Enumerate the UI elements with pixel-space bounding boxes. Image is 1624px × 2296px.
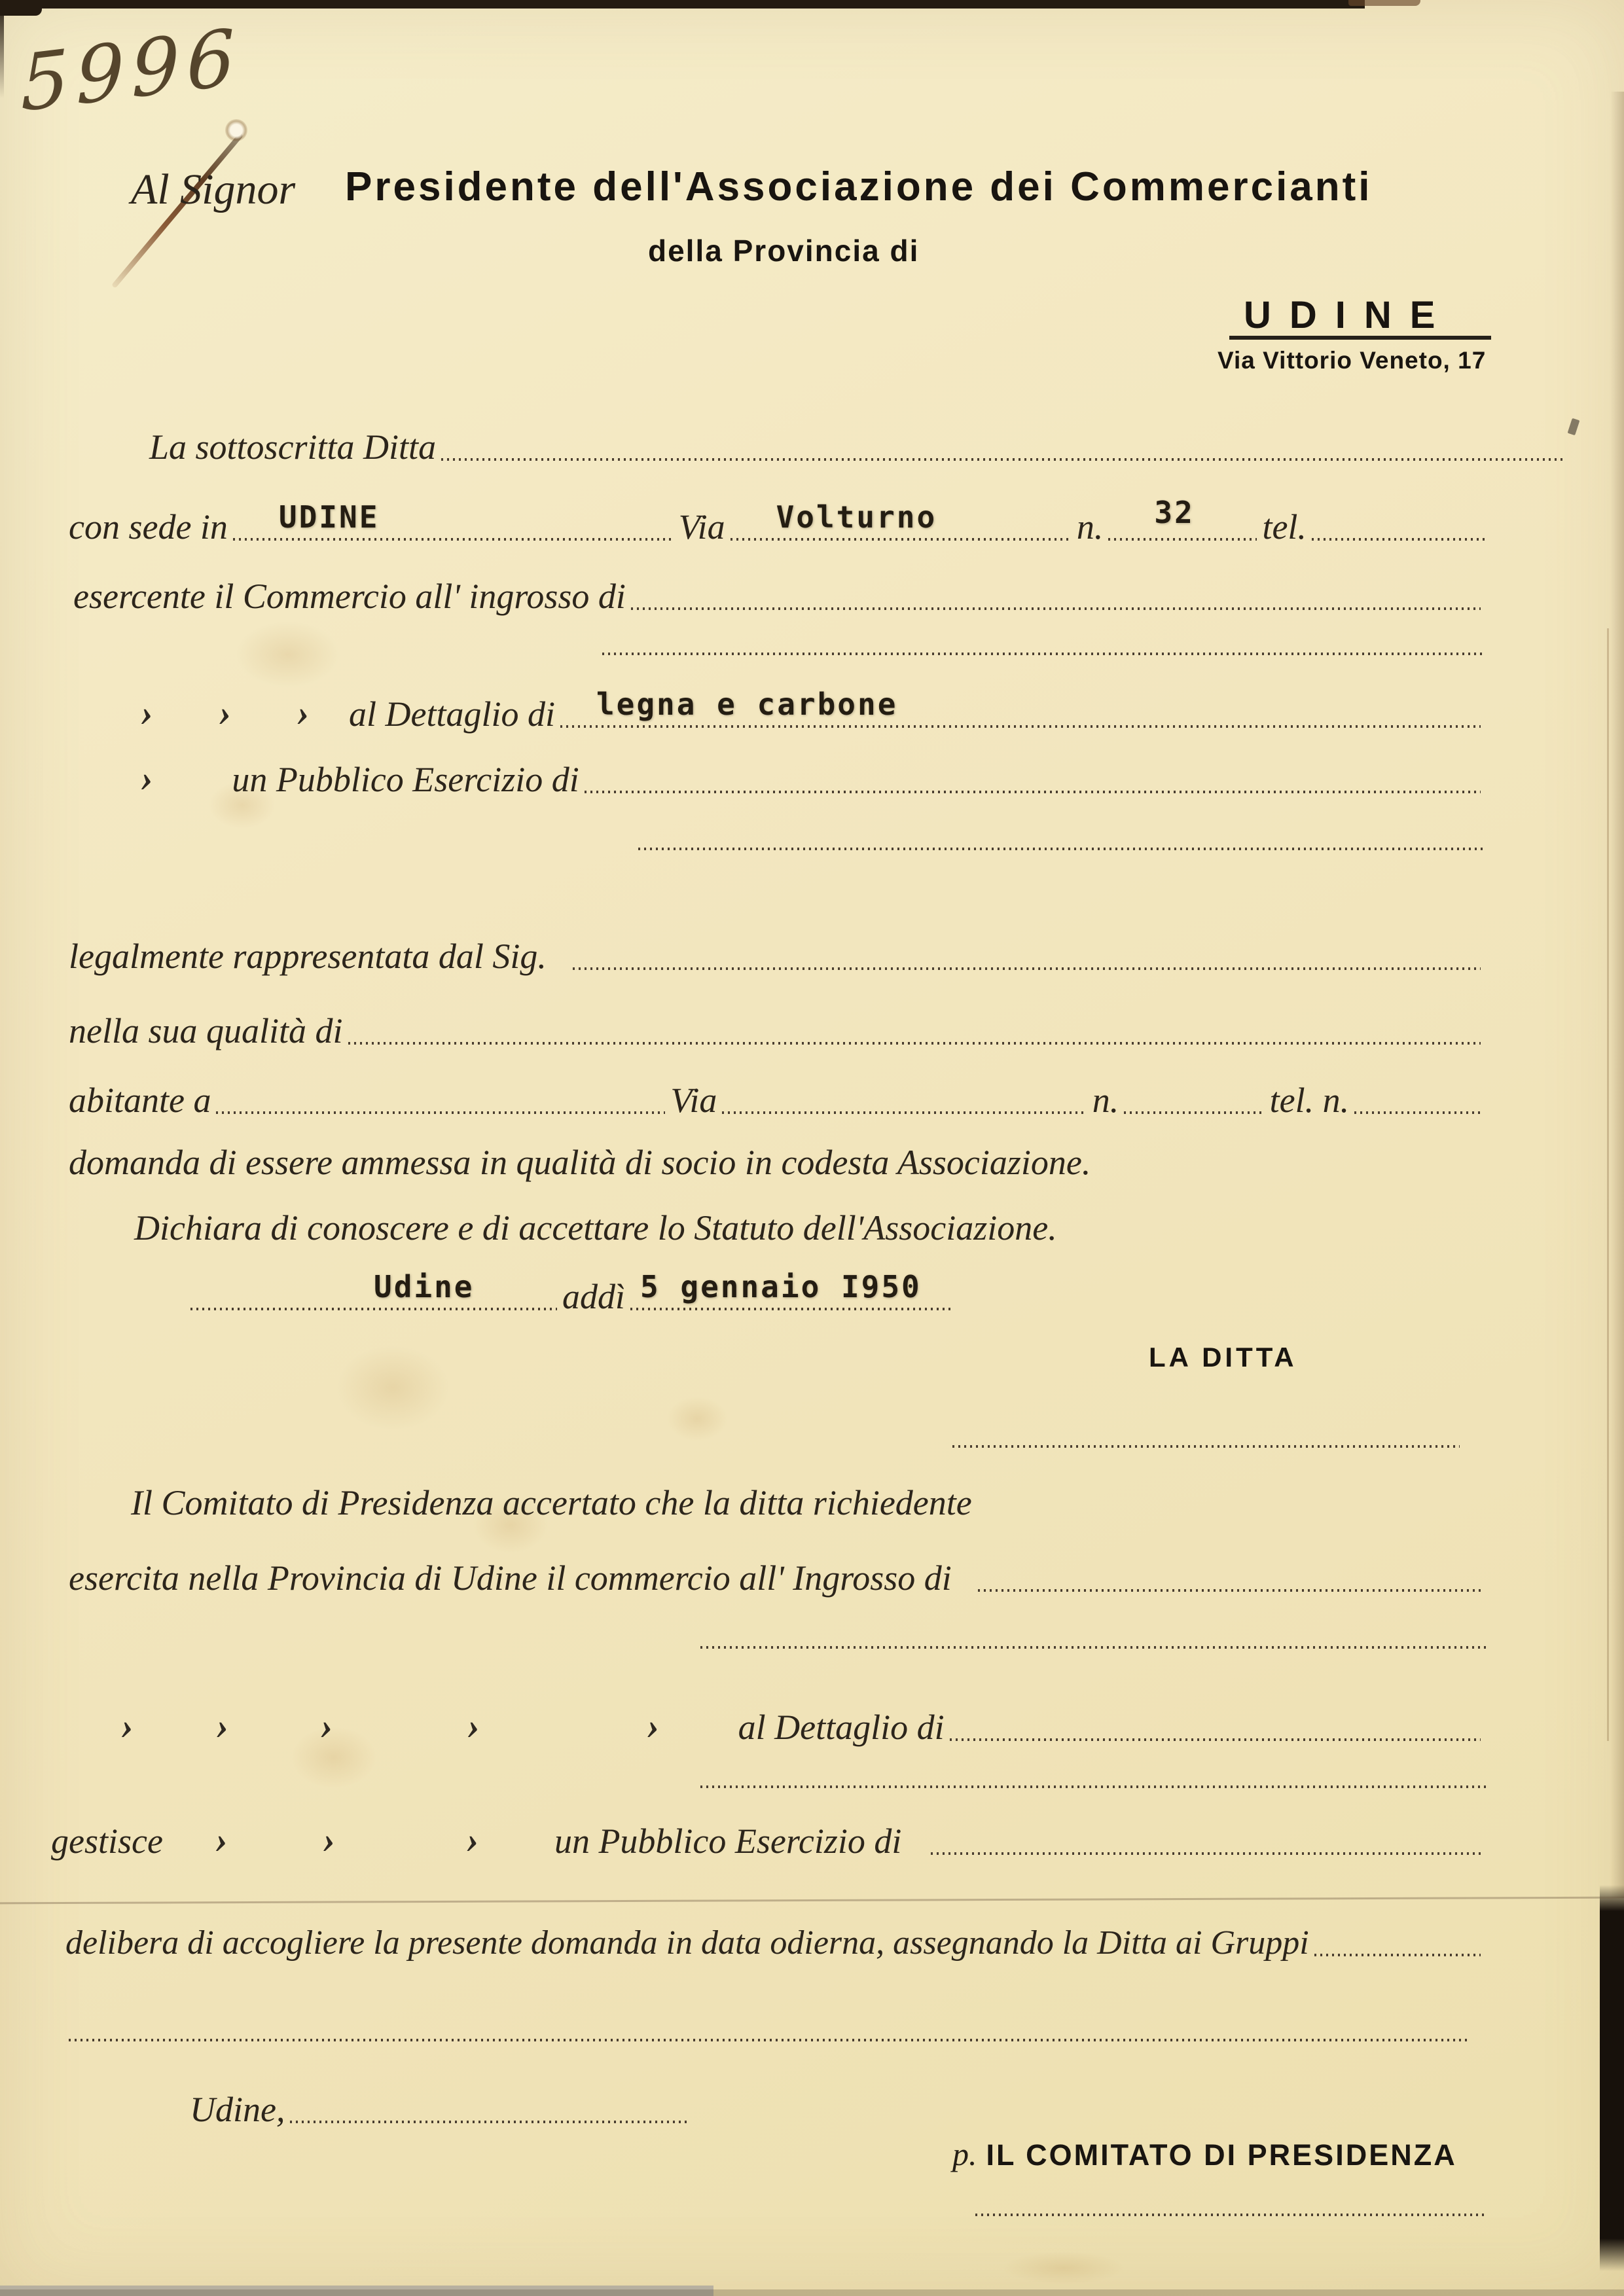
numero-label: n. bbox=[1077, 509, 1104, 545]
abitante-n-label: n. bbox=[1092, 1083, 1119, 1118]
date-city-typed-value: Udine bbox=[374, 1269, 474, 1304]
committee-city-label: Udine, bbox=[190, 2092, 285, 2127]
date-typed-value: 5 gennaio I950 bbox=[640, 1269, 922, 1304]
abitante-blank bbox=[216, 1111, 665, 1114]
tel-label: tel. bbox=[1262, 509, 1306, 545]
committee-dettaglio-line: › › › › › al Dettaglio di bbox=[121, 1699, 1486, 1745]
city-underline bbox=[1229, 336, 1491, 340]
province-subtitle: della Provincia di bbox=[648, 233, 919, 268]
rappresentata-blank bbox=[573, 967, 1481, 970]
scan-right-edge-bar bbox=[1600, 1885, 1624, 2271]
esercizio-blank bbox=[585, 791, 1481, 793]
scan-left-edge bbox=[0, 0, 4, 98]
gestisce-label: gestisce bbox=[51, 1823, 163, 1859]
abitante-via-blank bbox=[722, 1111, 1087, 1114]
sede-blank: UDINE bbox=[233, 538, 674, 541]
tel-blank bbox=[1312, 538, 1488, 541]
ditta-signature-heading: LA DITTA bbox=[1149, 1342, 1297, 1373]
sede-label: con sede in bbox=[69, 509, 228, 545]
committee-ingrosso-line: esercita nella Provincia di Udine il com… bbox=[69, 1550, 1486, 1596]
committee-dettaglio-blank bbox=[950, 1738, 1481, 1741]
ingrosso-line: esercente il Commercio all' ingrosso di bbox=[73, 568, 1486, 614]
paper-stain bbox=[314, 1329, 471, 1446]
scanned-form-page: 5996 Al Signor Presidente dell'Associazi… bbox=[0, 0, 1624, 2296]
delibera-text: delibera di accogliere la presente doman… bbox=[65, 1926, 1309, 1960]
abitante-tel-label: tel. n. bbox=[1270, 1083, 1349, 1118]
ditto-mark: › bbox=[297, 694, 310, 732]
abitante-label: abitante a bbox=[69, 1083, 211, 1118]
ditto-mark: › bbox=[141, 759, 153, 797]
dettaglio-blank: legna e carbone bbox=[560, 725, 1481, 728]
committee-ingrosso-blank-continuation bbox=[700, 1646, 1486, 1649]
abitante-tel-blank bbox=[1354, 1111, 1481, 1114]
ditto-mark: › bbox=[647, 1707, 659, 1745]
sede-typed-value: UDINE bbox=[279, 499, 379, 535]
committee-esercizio-label: un Pubblico Esercizio di bbox=[554, 1823, 901, 1859]
date-line: Udine addì 5 gennaio I950 bbox=[185, 1268, 956, 1314]
ingrosso-label: esercente il Commercio all' ingrosso di bbox=[73, 579, 626, 614]
ditta-line: La sottoscritta Ditta bbox=[149, 419, 1571, 465]
sede-line: con sede in UDINE Via Volturno n. 32 tel… bbox=[69, 499, 1493, 545]
qualita-blank bbox=[348, 1042, 1481, 1045]
committee-dettaglio-label: al Dettaglio di bbox=[738, 1710, 945, 1745]
committee-esercizio-line: gestisce › › › un Pubblico Esercizio di bbox=[51, 1813, 1486, 1859]
paper-fold-line bbox=[0, 1897, 1624, 1905]
ingrosso-blank bbox=[631, 607, 1481, 610]
committee-ingrosso-blank bbox=[978, 1589, 1481, 1592]
committee-ingrosso-label: esercita nella Provincia di Udine il com… bbox=[69, 1560, 952, 1596]
scan-top-edge-tear bbox=[1348, 0, 1420, 6]
ditta-blank bbox=[441, 458, 1566, 461]
ditta-label: La sottoscritta Ditta bbox=[149, 429, 436, 465]
ditto-mark: › bbox=[321, 1707, 333, 1745]
salutation: Al Signor bbox=[131, 165, 295, 215]
city-name: UDINE bbox=[1244, 293, 1453, 337]
dettaglio-typed-value: legna e carbone bbox=[596, 687, 897, 722]
abitante-n-blank bbox=[1124, 1111, 1264, 1114]
numero-blank: 32 bbox=[1108, 538, 1257, 541]
rappresentata-label: legalmente rappresentata dal Sig. bbox=[69, 939, 547, 974]
association-title: Presidente dell'Associazione dei Commerc… bbox=[345, 164, 1373, 210]
ditto-mark: › bbox=[219, 694, 231, 732]
scan-corner-shadow bbox=[0, 0, 42, 16]
committee-date-line: Udine, bbox=[190, 2081, 694, 2127]
scan-right-shadow bbox=[1610, 92, 1624, 1898]
esercizio-blank-continuation bbox=[638, 848, 1486, 850]
committee-esercizio-blank bbox=[931, 1852, 1481, 1855]
ditto-mark: › bbox=[323, 1821, 335, 1859]
handwritten-registry-number: 5996 bbox=[20, 11, 242, 129]
esercizio-label: un Pubblico Esercizio di bbox=[232, 762, 579, 797]
committee-intro-text: Il Comitato di Presidenza accertato che … bbox=[131, 1482, 972, 1523]
gruppi-blank bbox=[1314, 1954, 1481, 1956]
committee-signature-blank bbox=[975, 2214, 1486, 2216]
dichiara-text: Dichiara di conoscere e di accettare lo … bbox=[134, 1208, 1057, 1248]
ditto-mark: › bbox=[216, 1707, 228, 1745]
esercizio-line: › un Pubblico Esercizio di bbox=[141, 751, 1486, 797]
abitante-line: abitante a Via n. tel. n. bbox=[69, 1072, 1486, 1118]
date-blank: 5 gennaio I950 bbox=[630, 1308, 950, 1310]
ditto-mark: › bbox=[215, 1821, 228, 1859]
paper-stain bbox=[979, 2245, 1149, 2291]
ditta-signature-blank bbox=[952, 1445, 1460, 1448]
dettaglio-label: al Dettaglio di bbox=[349, 696, 555, 732]
ingrosso-blank-continuation bbox=[602, 653, 1486, 655]
dettaglio-line: › › › al Dettaglio di legna e carbone bbox=[141, 686, 1486, 732]
ditto-mark: › bbox=[467, 1707, 480, 1745]
via-blank: Volturno bbox=[731, 538, 1072, 541]
via-label: Via bbox=[679, 509, 725, 545]
ditto-mark: › bbox=[467, 1821, 479, 1859]
committee-dettaglio-blank-continuation bbox=[700, 1785, 1486, 1788]
addi-label: addì bbox=[562, 1279, 625, 1314]
qualita-line: nella sua qualità di bbox=[69, 1003, 1486, 1049]
paper-crease-right bbox=[1607, 628, 1609, 1741]
scan-top-edge bbox=[0, 0, 1365, 9]
ditto-mark: › bbox=[121, 1707, 134, 1745]
numero-typed-value: 32 bbox=[1154, 495, 1194, 530]
committee-date-blank bbox=[290, 2121, 689, 2123]
abitante-via-label: Via bbox=[670, 1083, 717, 1118]
qualita-label: nella sua qualità di bbox=[69, 1013, 343, 1049]
ditto-mark: › bbox=[141, 694, 153, 732]
scan-bottom-shadow bbox=[0, 2289, 1624, 2296]
committee-signature-prefix: p. bbox=[952, 2135, 977, 2173]
pin-hole bbox=[225, 119, 247, 141]
paper-stain bbox=[655, 1388, 740, 1450]
association-address: Via Vittorio Veneto, 17 bbox=[1218, 347, 1486, 374]
committee-signature-heading: p. IL COMITATO DI PRESIDENZA bbox=[952, 2135, 1457, 2173]
domanda-text: domanda di essere ammessa in qualità di … bbox=[69, 1142, 1091, 1183]
committee-signature-label: IL COMITATO DI PRESIDENZA bbox=[986, 2138, 1457, 2172]
rappresentata-line: legalmente rappresentata dal Sig. bbox=[69, 928, 1486, 974]
via-typed-value: Volturno bbox=[776, 499, 937, 535]
delibera-line: delibera di accogliere la presente doman… bbox=[65, 1914, 1486, 1960]
gruppi-blank-continuation bbox=[69, 2039, 1468, 2041]
date-city-blank: Udine bbox=[190, 1308, 557, 1310]
